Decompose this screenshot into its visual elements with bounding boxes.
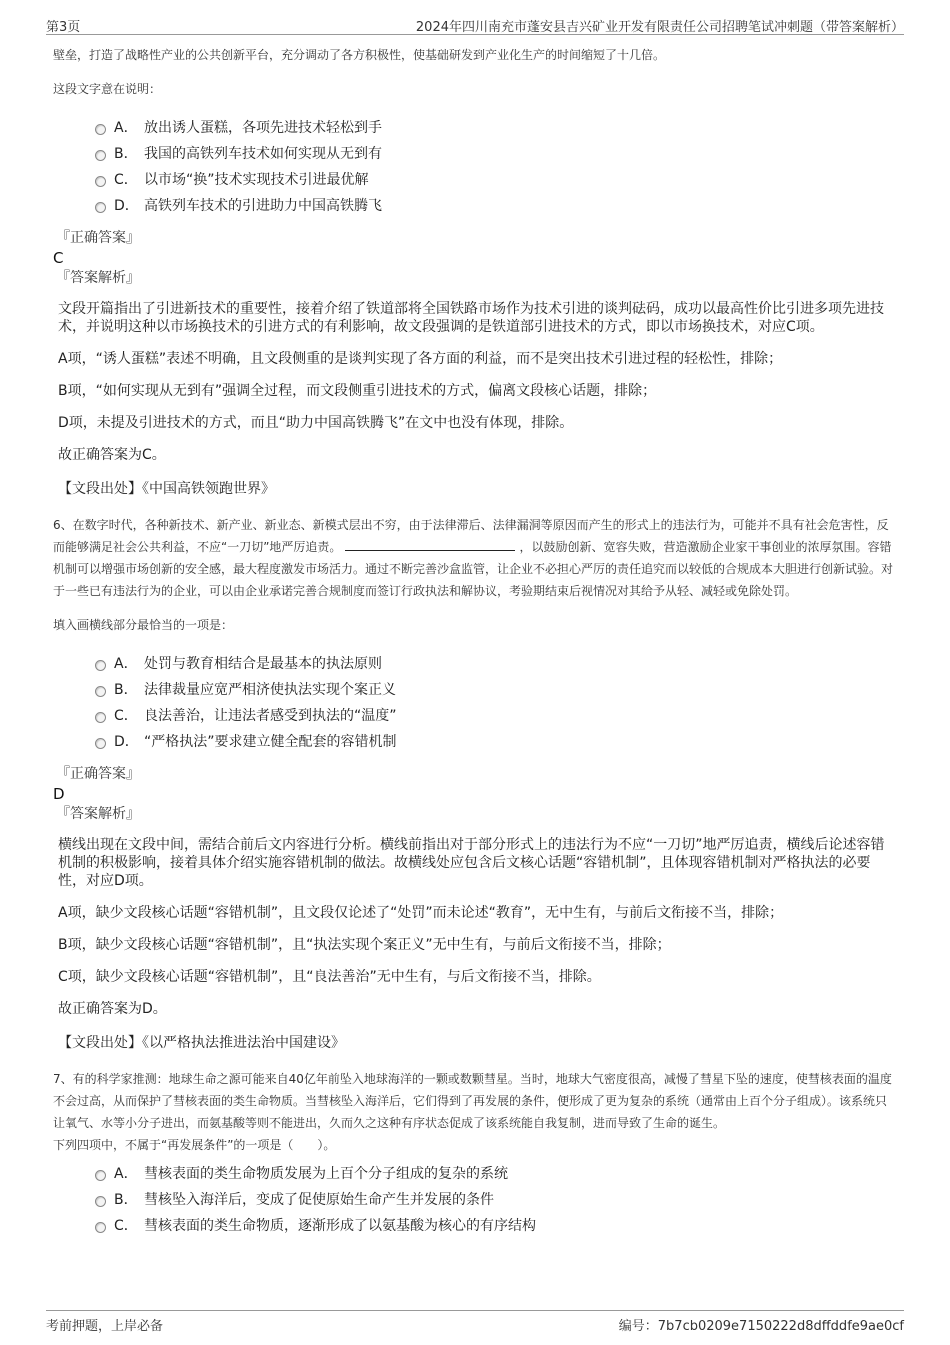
option-text: 我国的高铁列车技术如何实现从无到有 [144, 143, 382, 163]
analysis-paragraph: A项，“诱人蛋糕”表述不明确，且文段侧重的是谈判实现了各方面的利益，而不是突出技… [58, 350, 893, 368]
analysis-label: 『答案解析』 [56, 804, 898, 824]
correct-answer-label: 『正确答案』 [56, 764, 898, 784]
option-text: “严格执法”要求建立健全配套的容错机制 [144, 731, 397, 751]
option-letter: C． [114, 169, 144, 189]
option-a[interactable]: A． 处罚与教育相结合是最基本的执法原则 [95, 650, 898, 676]
option-a[interactable]: A． 彗核表面的类生命物质发展为上百个分子组成的复杂的系统 [95, 1160, 898, 1186]
radio-icon[interactable] [95, 202, 106, 213]
option-c[interactable]: C． 彗核表面的类生命物质，逐渐形成了以氨基酸为核心的有序结构 [95, 1212, 898, 1238]
question-5: 壁垒，打造了战略性产业的公共创新平台，充分调动了各方积极性，使基础研发到产业化生… [53, 44, 898, 498]
option-b[interactable]: B． 彗核坠入海洋后，变成了促使原始生命产生并发展的条件 [95, 1186, 898, 1212]
radio-icon[interactable] [95, 712, 106, 723]
source-citation: 【文段出处】《中国高铁领跑世界》 [58, 478, 898, 498]
option-text: 法律裁量应宽严相济使执法实现个案正义 [144, 679, 396, 699]
option-b[interactable]: B． 法律裁量应宽严相济使执法实现个案正义 [95, 676, 898, 702]
question-stem: 7、有的科学家推测：地球生命之源可能来自40亿年前坠入地球海洋的一颗或数颗彗星。… [53, 1068, 898, 1134]
fill-blank [345, 539, 515, 551]
analysis-body: 文段开篇指出了引进新技术的重要性，接着介绍了铁道部将全国铁路市场作为技术引进的谈… [58, 300, 893, 464]
radio-icon[interactable] [95, 1196, 106, 1207]
document-code: 编号：7b7cb0209e7150222d8dffddfe9ae0cf [619, 1315, 904, 1334]
radio-icon[interactable] [95, 176, 106, 187]
footer-slogan: 考前押题，上岸必备 [46, 1315, 163, 1334]
option-text: 处罚与教育相结合是最基本的执法原则 [144, 653, 382, 673]
option-letter: A． [114, 653, 144, 673]
document-title: 2024年四川南充市蓬安县吉兴矿业开发有限责任公司招聘笔试冲刺题（带答案解析） [416, 16, 904, 35]
option-text: 以市场“换”技术实现技术引进最优解 [144, 169, 369, 189]
option-text: 良法善治，让违法者感受到执法的“温度” [144, 705, 397, 725]
options-list: A． 处罚与教育相结合是最基本的执法原则 B． 法律裁量应宽严相济使执法实现个案… [95, 650, 898, 754]
option-text: 彗核坠入海洋后，变成了促使原始生命产生并发展的条件 [144, 1189, 494, 1209]
correct-answer-value: D [53, 784, 898, 804]
analysis-label: 『答案解析』 [56, 268, 898, 288]
option-text: 彗核表面的类生命物质，逐渐形成了以氨基酸为核心的有序结构 [144, 1215, 536, 1235]
question-stem: 6、在数字时代，各种新技术、新产业、新业态、新模式层出不穷，由于法律滞后、法律漏… [53, 514, 898, 602]
option-d[interactable]: D． “严格执法”要求建立健全配套的容错机制 [95, 728, 898, 754]
option-text: 放出诱人蛋糕，各项先进技术轻松到手 [144, 117, 382, 137]
option-letter: D． [114, 195, 144, 215]
analysis-body: 横线出现在文段中间，需结合前后文内容进行分析。横线前指出对于部分形式上的违法行为… [58, 836, 893, 1018]
radio-icon[interactable] [95, 124, 106, 135]
option-letter: B． [114, 143, 144, 163]
radio-icon[interactable] [95, 660, 106, 671]
analysis-paragraph: B项，缺少文段核心话题“容错机制”，且“执法实现个案正义”无中生有，与前后文衔接… [58, 936, 893, 954]
question-6: 6、在数字时代，各种新技术、新产业、新业态、新模式层出不穷，由于法律滞后、法律漏… [53, 514, 898, 1052]
option-letter: B． [114, 679, 144, 699]
page-footer: 考前押题，上岸必备 编号：7b7cb0209e7150222d8dffddfe9… [46, 1310, 904, 1335]
radio-icon[interactable] [95, 1170, 106, 1181]
options-list: A． 彗核表面的类生命物质发展为上百个分子组成的复杂的系统 B． 彗核坠入海洋后… [95, 1160, 898, 1238]
analysis-paragraph: A项，缺少文段核心话题“容错机制”，且文段仅论述了“处罚”而未论述“教育”，无中… [58, 904, 893, 922]
source-citation: 【文段出处】《以严格执法推进法治中国建设》 [58, 1032, 898, 1052]
analysis-paragraph: 横线出现在文段中间，需结合前后文内容进行分析。横线前指出对于部分形式上的违法行为… [58, 836, 893, 890]
correct-answer-value: C [53, 248, 898, 268]
option-letter: A． [114, 117, 144, 137]
option-a[interactable]: A． 放出诱人蛋糕，各项先进技术轻松到手 [95, 114, 898, 140]
option-text: 高铁列车技术的引进助力中国高铁腾飞 [144, 195, 382, 215]
radio-icon[interactable] [95, 686, 106, 697]
option-letter: C． [114, 1215, 144, 1235]
option-text: 彗核表面的类生命物质发展为上百个分子组成的复杂的系统 [144, 1163, 508, 1183]
options-list: A． 放出诱人蛋糕，各项先进技术轻松到手 B． 我国的高铁列车技术如何实现从无到… [95, 114, 898, 218]
question-stem-tail: 壁垒，打造了战略性产业的公共创新平台，充分调动了各方积极性，使基础研发到产业化生… [53, 44, 898, 66]
analysis-paragraph: C项，缺少文段核心话题“容错机制”，且“良法善治”无中生有，与后文衔接不当，排除… [58, 968, 893, 986]
option-b[interactable]: B． 我国的高铁列车技术如何实现从无到有 [95, 140, 898, 166]
option-c[interactable]: C． 以市场“换”技术实现技术引进最优解 [95, 166, 898, 192]
page-number: 第3页 [46, 16, 80, 35]
radio-icon[interactable] [95, 1222, 106, 1233]
radio-icon[interactable] [95, 738, 106, 749]
question-prompt: 填入画横线部分最恰当的一项是： [53, 614, 898, 636]
option-c[interactable]: C． 良法善治，让违法者感受到执法的“温度” [95, 702, 898, 728]
question-prompt: 这段文字意在说明： [53, 78, 898, 100]
page-content: 壁垒，打造了战略性产业的公共创新平台，充分调动了各方积极性，使基础研发到产业化生… [53, 44, 898, 1248]
analysis-paragraph: 故正确答案为D。 [58, 1000, 893, 1018]
analysis-paragraph: B项，“如何实现从无到有”强调全过程，而文段侧重引进技术的方式，偏离文段核心话题… [58, 382, 893, 400]
option-d[interactable]: D． 高铁列车技术的引进助力中国高铁腾飞 [95, 192, 898, 218]
option-letter: A． [114, 1163, 144, 1183]
option-letter: C． [114, 705, 144, 725]
option-letter: B． [114, 1189, 144, 1209]
question-7: 7、有的科学家推测：地球生命之源可能来自40亿年前坠入地球海洋的一颗或数颗彗星。… [53, 1068, 898, 1238]
question-prompt: 下列四项中，不属于“再发展条件”的一项是（ ）。 [53, 1134, 898, 1156]
option-letter: D． [114, 731, 144, 751]
page-header: 第3页 2024年四川南充市蓬安县吉兴矿业开发有限责任公司招聘笔试冲刺题（带答案… [46, 14, 904, 35]
analysis-paragraph: 故正确答案为C。 [58, 446, 893, 464]
analysis-paragraph: D项，未提及引进技术的方式，而且“助力中国高铁腾飞”在文中也没有体现，排除。 [58, 414, 893, 432]
radio-icon[interactable] [95, 150, 106, 161]
analysis-paragraph: 文段开篇指出了引进新技术的重要性，接着介绍了铁道部将全国铁路市场作为技术引进的谈… [58, 300, 893, 336]
correct-answer-label: 『正确答案』 [56, 228, 898, 248]
